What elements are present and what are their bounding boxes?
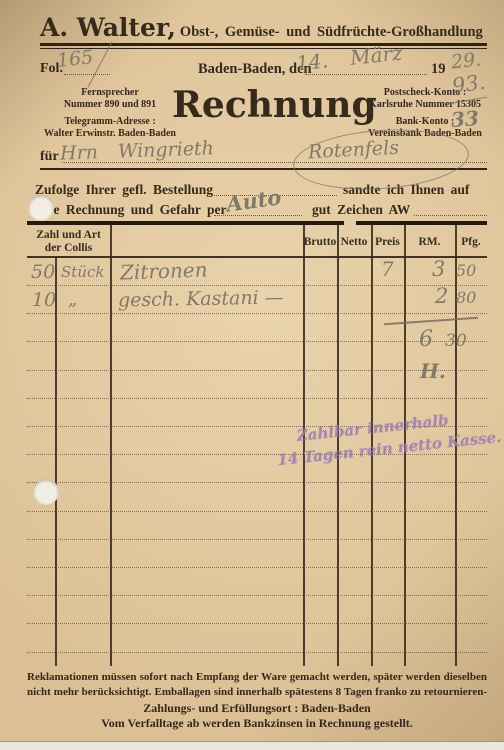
- company-name: A. Walter,: [40, 13, 176, 42]
- footer-line4: Vom Verfalltage ab werden Bankzinsen in …: [27, 716, 487, 731]
- table-top-bar-right: [356, 221, 487, 225]
- order-line1-left: Zufolge Ihrer gefl. Bestellung: [35, 182, 213, 198]
- sum-line-stroke: [384, 317, 478, 326]
- row1-art: Stück: [61, 263, 104, 281]
- total-rm: 6: [419, 327, 433, 352]
- postscheck-handwritten: 93.: [450, 70, 486, 98]
- row1-description: Zitronen: [120, 257, 208, 284]
- invoice-page: A. Walter, Obst-, Gemüse- und Südfrüchte…: [0, 0, 504, 741]
- letterhead: A. Walter, Obst-, Gemüse- und Südfrüchte…: [40, 13, 488, 42]
- scanner-bed-strip: [0, 741, 504, 750]
- hole-punch-bottom: [33, 479, 59, 505]
- row2-zahl: 10: [32, 289, 56, 311]
- order-line2-left: Ihre Rechnung und Gefahr per: [35, 202, 227, 218]
- phone-line1: Fernsprecher: [40, 87, 180, 99]
- telegram-line1: Telegramm-Adresse :: [35, 116, 185, 128]
- col-header-preis: Preis: [371, 236, 404, 248]
- table-header-rule: [27, 256, 487, 258]
- city-date-label: Baden-Baden, den: [198, 61, 312, 78]
- order-line2-right: gut Zeichen AW: [312, 202, 410, 218]
- bank-handwritten: 33: [450, 106, 479, 132]
- phone-line2: Nummer 890 und 891: [40, 99, 180, 111]
- col-header-collis: Zahl und Art der Collis: [27, 229, 110, 255]
- table-vline-2: [110, 225, 112, 666]
- row1-pfg: 50: [456, 261, 476, 280]
- row1-zahl: 50: [31, 261, 55, 283]
- row2-rm: 2: [435, 284, 448, 308]
- order-line2-dotted-b: [414, 203, 487, 216]
- row2-art: „: [68, 289, 77, 310]
- row2-description: gesch. Kastani —: [118, 287, 284, 312]
- phone-block: Fernsprecher Nummer 890 und 891: [40, 87, 180, 110]
- total-pfg: 30: [445, 331, 467, 351]
- col-header-pfg: Pfg.: [455, 236, 487, 248]
- telegram-line2: Walter Erwinstr. Baden-Baden: [35, 128, 185, 140]
- telegram-block: Telegramm-Adresse : Walter Erwinstr. Bad…: [35, 116, 185, 139]
- company-subtitle: Obst-, Gemüse- und Südfrüchte-Großhandlu…: [180, 24, 483, 40]
- fuer-label: für: [40, 149, 59, 165]
- col-header-brutto: Brutto: [303, 236, 337, 248]
- footer-line2: nicht mehr berücksichtigt. Emballagen si…: [27, 686, 487, 698]
- table-vline-1: [55, 258, 57, 666]
- table-top-bar-left: [27, 221, 344, 225]
- col-header-rm: RM.: [404, 236, 455, 248]
- hole-punch-top: [28, 195, 54, 221]
- row2-pfg: 80: [456, 288, 476, 307]
- fol-value-handwritten: 165: [56, 46, 94, 72]
- paid-mark-handwritten: H.: [420, 359, 446, 383]
- footer-line3: Zahlungs- und Erfüllungsort : Baden-Bade…: [27, 701, 487, 716]
- document-title: Rechnung: [172, 84, 332, 126]
- year-printed: 19: [431, 61, 446, 78]
- header-rule-thick: [40, 43, 487, 46]
- footer-line1: Reklamationen müssen sofort nach Empfang…: [27, 671, 487, 683]
- row1-preis: 7: [381, 257, 394, 281]
- col-header-netto: Netto: [337, 236, 371, 248]
- row1-rm: 3: [432, 257, 445, 281]
